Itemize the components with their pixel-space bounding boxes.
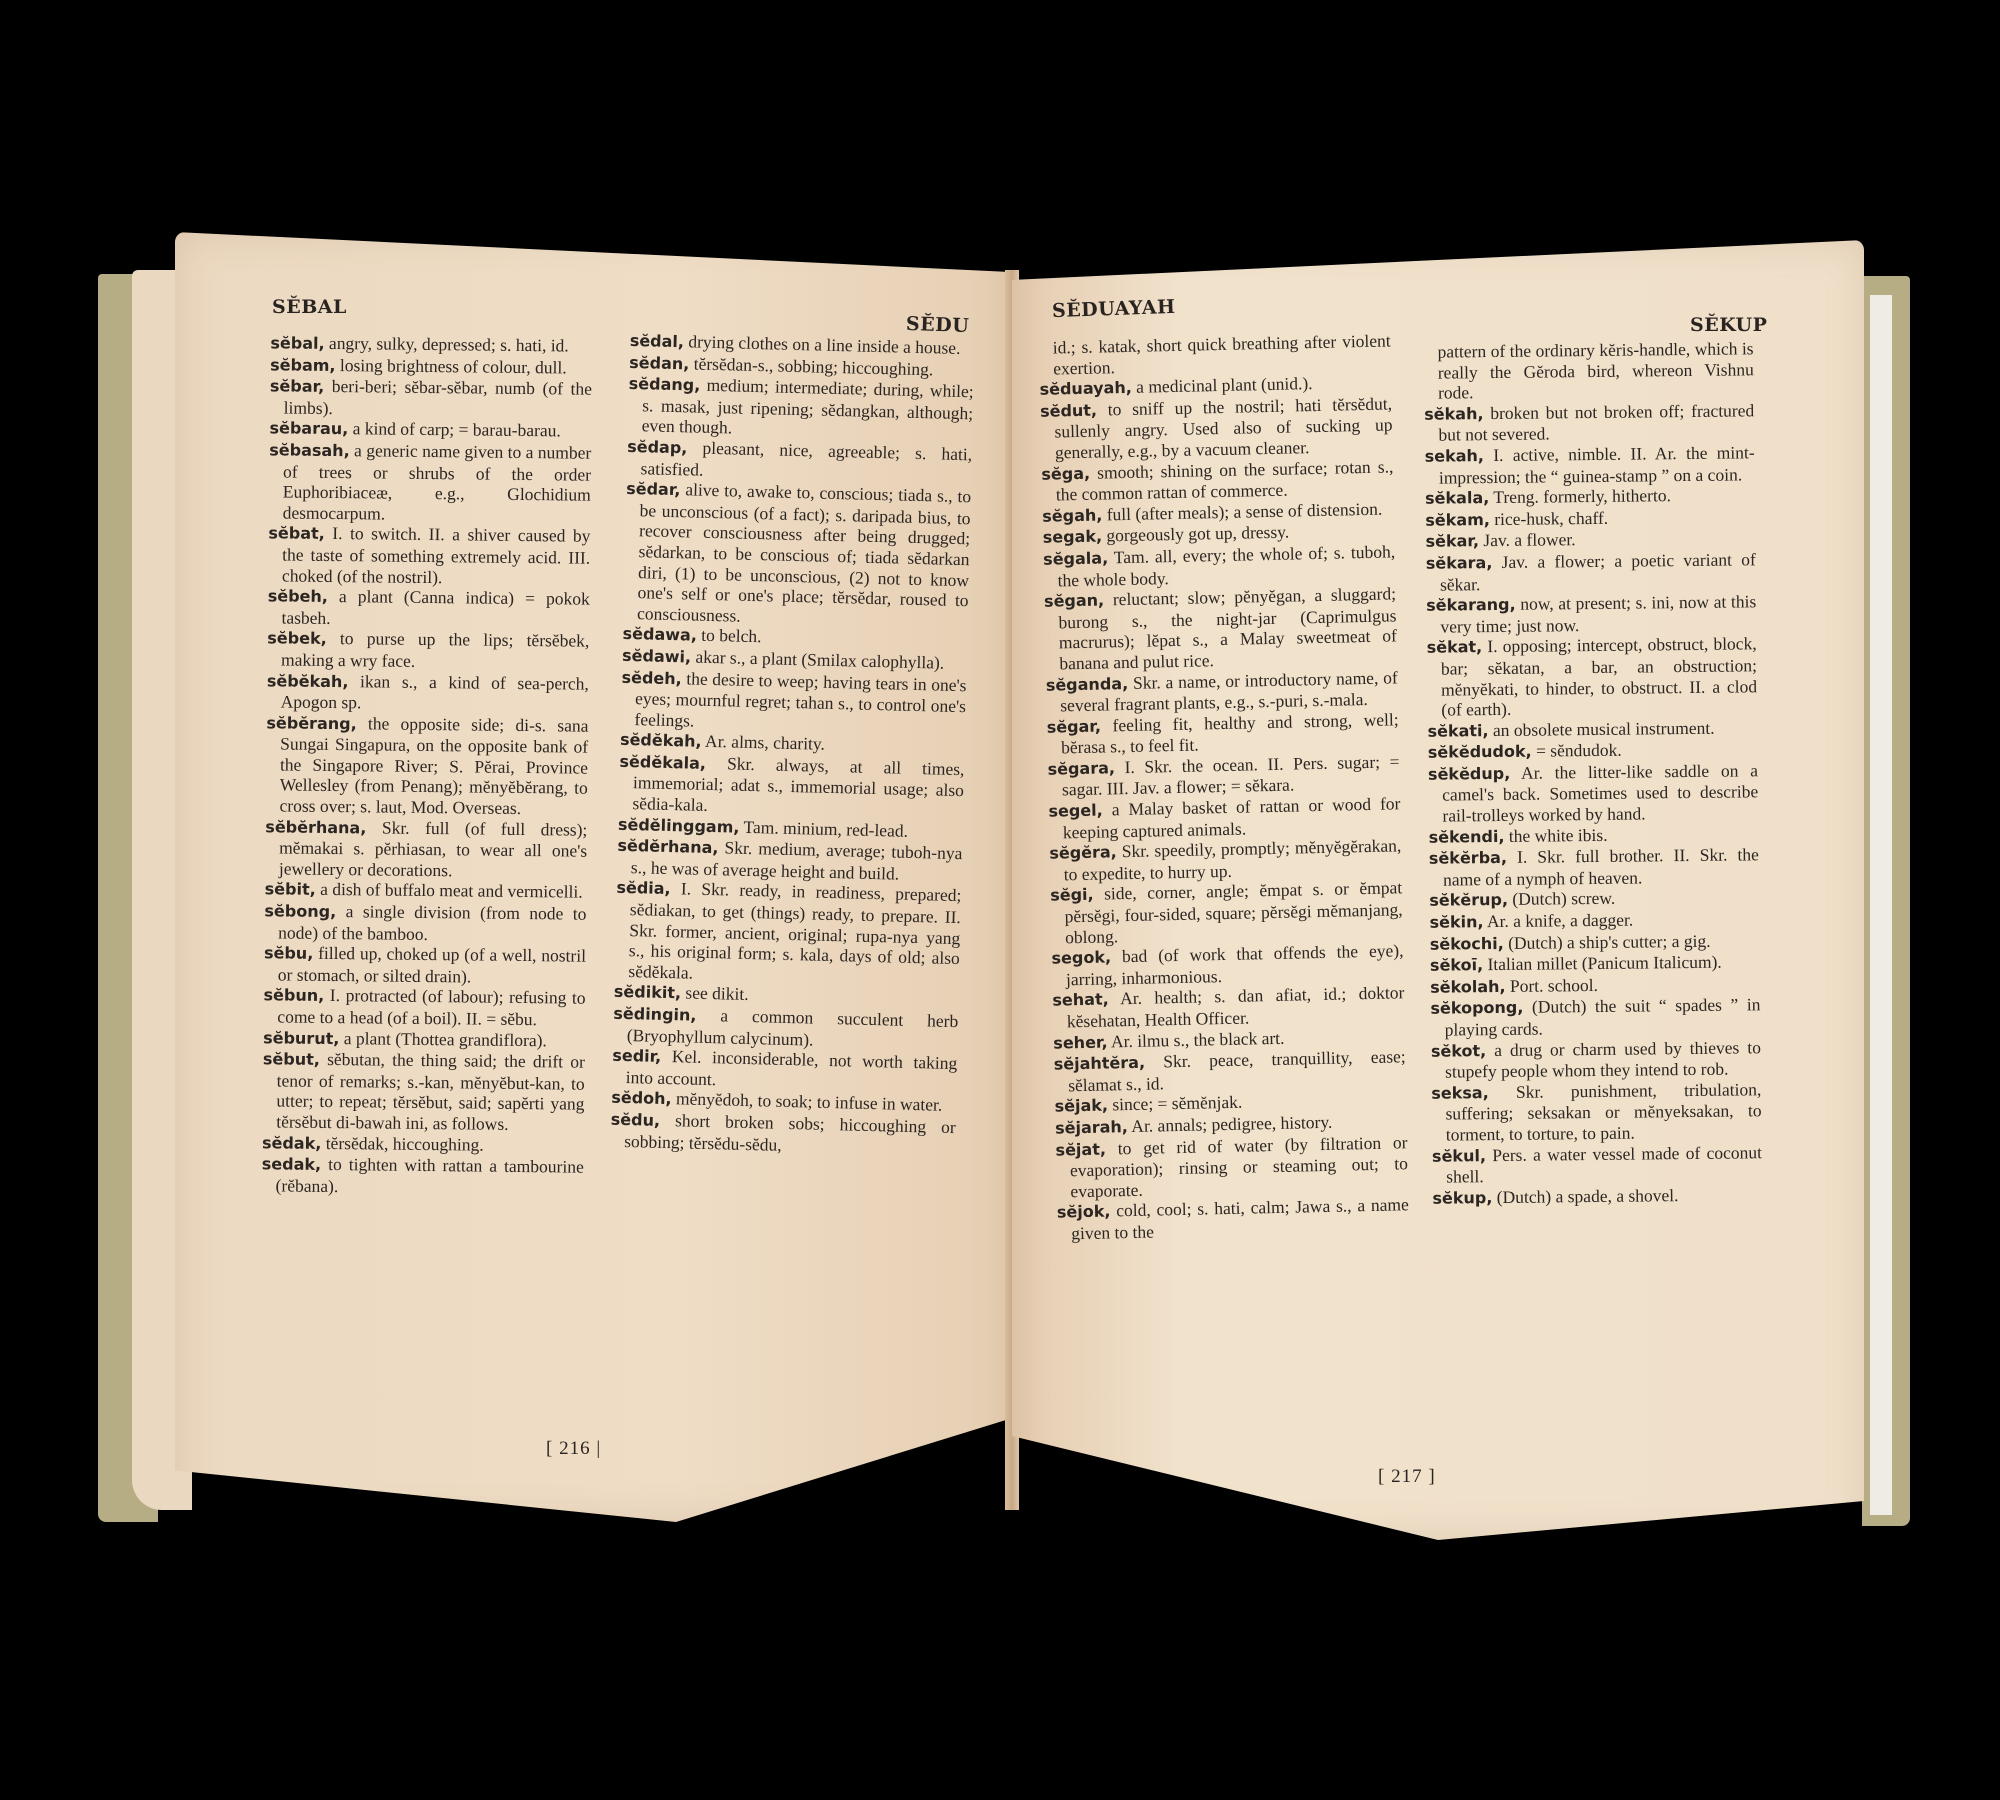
dictionary-entry: sĕbu, filled up, choked up (of a well, n… <box>264 943 586 989</box>
entry-headword: sĕkĕrba, <box>1429 848 1507 868</box>
running-head-left-page-last: SĔDU <box>906 313 970 337</box>
entry-definition: Treng. formerly, hitherto. <box>1493 485 1671 507</box>
entry-definition: a kind of carp; = barau-barau. <box>353 419 561 441</box>
entry-definition: I. opposing; intercept, obstruct, block,… <box>1441 634 1757 720</box>
entry-headword: sĕdĕkah, <box>620 730 702 751</box>
dictionary-entry: sĕdut, to sniff up the nostril; hati tĕr… <box>1040 393 1393 463</box>
entry-definition: Kel. inconsiderable, not worth taking in… <box>626 1046 958 1089</box>
dictionary-entry: sĕdia, I. Skr. ready, in readiness, prep… <box>614 877 961 989</box>
dictionary-entry: sĕbong, a single division (from node to … <box>264 900 586 946</box>
entry-definition: gorgeously got up, dressy. <box>1106 522 1289 546</box>
left-page-column-1: sĕbal, angry, sulky, depressed; s. hati,… <box>261 332 592 1199</box>
entry-definition: reluctant; slow; pĕnyĕgan, a sluggard; b… <box>1058 583 1397 673</box>
dictionary-entry: sĕbal, angry, sulky, depressed; s. hati,… <box>270 332 592 357</box>
entry-definition: to sniff up the nostril; hati tĕrsĕdut, … <box>1054 393 1392 462</box>
dictionary-entry: sĕkot, a drug or charm used by thieves t… <box>1431 1037 1761 1083</box>
entry-definition: smooth; shining on the surface; rotan s.… <box>1056 456 1394 505</box>
dictionary-entry: sĕbut, sĕbutan, the thing said; the drif… <box>262 1048 585 1135</box>
entry-definition: filled up, choked up (of a well, nostril… <box>278 943 586 986</box>
dictionary-entry: sĕjok, cold, cool; s. hati, calm; Jawa s… <box>1057 1195 1410 1245</box>
entry-headword: sĕkara, <box>1426 553 1493 573</box>
entry-definition: (Dutch) a spade, a shovel. <box>1497 1185 1679 1207</box>
entry-headword: sĕkah, <box>1424 404 1483 424</box>
entry-headword: sĕgar, <box>1046 716 1101 736</box>
entry-headword: sĕkup, <box>1432 1188 1492 1208</box>
dictionary-entry: sĕdĕkala, Skr. always, at all times, imm… <box>618 751 964 822</box>
entry-definition: (Dutch) a ship's cutter; a gig. <box>1508 930 1711 952</box>
entry-definition: feeling fit, healthy and strong, well; b… <box>1061 709 1399 758</box>
dictionary-entry: sĕdar, alive to, awake to, conscious; ti… <box>623 478 971 632</box>
entry-definition: Tam. minium, red-lead. <box>743 816 908 840</box>
entry-definition: sĕbutan, the thing said; the drift or te… <box>276 1049 585 1134</box>
dictionary-entry: sĕgĕra, Skr. speedily, promptly; mĕnyĕgĕ… <box>1049 836 1402 886</box>
dictionary-entry: sĕbeh, a plant (Canna indica) = pokok ta… <box>267 585 589 631</box>
right-page-column-2: pattern of the ordinary kĕris-handle, wh… <box>1423 338 1762 1209</box>
entry-headword: sĕkoī, <box>1430 955 1483 975</box>
dictionary-entry: sĕgara, I. Skr. the ocean. II. Pers. sug… <box>1047 751 1400 801</box>
entry-definition: to purse up the lips; tĕrsĕbek, making a… <box>281 628 589 670</box>
entry-headword: sĕgi, <box>1050 885 1094 905</box>
entry-definition: to belch. <box>701 625 762 646</box>
entry-definition: Ar. alms, charity. <box>705 731 825 754</box>
right-page-column-1: id.; s. katak, short quick breathing aft… <box>1039 330 1410 1244</box>
entry-headword: sĕdang, <box>629 374 701 395</box>
entry-definition: Ar. health; s. dan afiat, id.; doktor kĕ… <box>1067 983 1405 1032</box>
dictionary-entry: sĕjahtĕra, Skr. peace, tranquillity, eas… <box>1054 1046 1407 1096</box>
entry-headword: seksa, <box>1431 1083 1489 1103</box>
entry-definition: Jav. a flower. <box>1483 530 1575 551</box>
entry-headword: sĕkochi, <box>1430 934 1504 954</box>
running-head-right-page-last: SĔKUP <box>1690 314 1767 336</box>
dictionary-entry: id.; s. katak, short quick breathing aft… <box>1039 330 1392 379</box>
entry-headword: sĕbat, <box>268 524 325 544</box>
entry-headword: sedak, <box>262 1154 322 1174</box>
entry-definition: side, corner, angle; ĕmpat s. or ĕmpat p… <box>1064 878 1402 947</box>
entry-definition: Ar. a knife, a dagger. <box>1487 910 1633 932</box>
entry-headword: sĕbeh, <box>268 586 328 606</box>
entry-headword: sĕbarau, <box>269 419 348 439</box>
entry-definition: pleasant, nice, agreeable; s. hati, sati… <box>640 438 972 480</box>
entry-definition: bad (of work that offends the eye), jarr… <box>1066 940 1404 989</box>
entry-definition: a Malay basket of rattan or wood for kee… <box>1063 793 1401 842</box>
entry-headword: segak, <box>1043 527 1103 547</box>
entry-headword: sĕbun, <box>263 986 324 1006</box>
entry-headword: sĕbek, <box>267 629 327 649</box>
entry-definition: Ar. ilmu s., the black art. <box>1111 1027 1285 1051</box>
dictionary-entry: sĕgan, reluctant; slow; pĕnyĕgan, a slug… <box>1044 583 1398 674</box>
entry-headword: sĕkot, <box>1431 1041 1487 1061</box>
entry-definition: an obsolete musical instrument. <box>1493 717 1715 739</box>
dictionary-entry: sĕbĕkah, ikan s., a kind of sea-perch, A… <box>267 670 589 716</box>
entry-headword: sĕbĕkah, <box>267 671 349 691</box>
entry-headword: sĕkĕrup, <box>1429 890 1508 910</box>
dictionary-entry: sehat, Ar. health; s. dan afiat, id.; do… <box>1052 983 1405 1033</box>
entry-headword: sĕkul, <box>1432 1146 1486 1166</box>
entry-headword: sĕgah, <box>1042 505 1102 525</box>
entry-headword: sekah, <box>1425 446 1484 466</box>
entry-headword: sĕdĕkala, <box>619 752 706 773</box>
entry-headword: sĕburut, <box>263 1028 339 1048</box>
entry-headword: sĕgala, <box>1043 548 1108 568</box>
dictionary-entry: sĕgi, side, corner, angle; ĕmpat s. or ĕ… <box>1050 878 1403 948</box>
page-number-216: [ 216 | <box>546 1438 601 1460</box>
entry-definition: the white ibis. <box>1509 825 1608 846</box>
entry-definition: since; = sĕmĕnjak. <box>1112 1092 1242 1115</box>
entry-definition: Tam. all, every; the whole of; s. tuboh,… <box>1057 541 1395 590</box>
entry-headword: sĕganda, <box>1046 673 1129 694</box>
running-head-right-page-first: SĔDUAYAH <box>1052 296 1176 322</box>
entry-definition: a plant (Canna indica) = pokok tasbeh. <box>281 586 589 628</box>
dictionary-entry: sĕdang, medium; intermediate; during, wh… <box>627 373 973 444</box>
dictionary-entry: sĕkup, (Dutch) a spade, a shovel. <box>1432 1184 1762 1209</box>
dictionary-entry: sĕganda, Skr. a name, or introductory na… <box>1046 667 1399 717</box>
dictionary-entry: sĕbasah, a generic name given to a numbe… <box>269 439 592 526</box>
entry-definition: a dish of buffalo meat and vermicelli. <box>320 879 583 902</box>
entry-definition: pattern of the ordinary kĕris-handle, wh… <box>1437 338 1753 402</box>
entry-definition: the desire to weep; having tears in one'… <box>634 668 966 730</box>
entry-definition: (Dutch) screw. <box>1512 888 1615 909</box>
entry-definition: a medicinal plant (unid.). <box>1136 373 1313 397</box>
entry-definition: I. active, nimble. II. Ar. the mint-impr… <box>1439 442 1755 487</box>
dictionary-entry: sĕbun, I. protracted (of labour); refusi… <box>263 985 585 1031</box>
entry-headword: sĕkati, <box>1427 721 1488 741</box>
entry-headword: sĕjarah, <box>1055 1117 1128 1138</box>
entry-headword: sĕbong, <box>264 901 336 921</box>
entry-definition: Port. school. <box>1510 975 1598 996</box>
entry-headword: sĕdu, <box>611 1110 661 1130</box>
entry-headword: sĕgan, <box>1044 591 1104 611</box>
dictionary-entry: sĕga, smooth; shining on the surface; ro… <box>1041 456 1394 506</box>
entry-headword: sĕjahtĕra, <box>1054 1053 1146 1074</box>
entry-headword: sĕgara, <box>1047 758 1115 778</box>
entry-headword: sĕkĕdudok, <box>1428 742 1532 762</box>
entry-headword: sĕdia, <box>616 878 671 898</box>
entry-headword: sĕkat, <box>1427 637 1483 657</box>
entry-headword: sĕbam, <box>270 355 336 375</box>
entry-definition: I. Skr. ready, in readiness, prepared; s… <box>628 879 961 983</box>
dictionary-entry: sĕkat, I. opposing; intercept, obstruct,… <box>1427 634 1758 721</box>
entry-headword: sĕdeh, <box>621 667 682 687</box>
dictionary-entry: sĕgala, Tam. all, every; the whole of; s… <box>1043 541 1396 591</box>
entry-definition: a drug or charm used by thieves to stupe… <box>1445 1037 1761 1082</box>
entry-headword: sĕkala, <box>1425 488 1489 508</box>
entry-headword: segel, <box>1048 801 1103 821</box>
entry-headword: sĕkĕdup, <box>1428 764 1510 784</box>
entry-definition: rice-husk, chaff. <box>1494 508 1608 529</box>
entry-headword: sĕkin, <box>1429 912 1483 932</box>
entry-headword: seher, <box>1053 1032 1108 1052</box>
entry-headword: sĕdĕlinggam, <box>618 814 740 836</box>
entry-definition: Skr. punishment, tribulation, suffering;… <box>1445 1079 1761 1144</box>
entry-headword: sĕdikit, <box>614 982 682 1003</box>
entry-definition: losing brightness of colour, dull. <box>340 355 567 377</box>
dictionary-entry: sĕbĕrhana, Skr. full (of full dress); mĕ… <box>265 816 588 882</box>
dictionary-entry: segok, bad (of work that offends the eye… <box>1051 940 1404 990</box>
dictionary-entry: sĕbek, to purse up the lips; tĕrsĕbek, m… <box>267 628 589 674</box>
dictionary-entry: sĕkati, an obsolete musical instrument. <box>1427 717 1757 742</box>
entry-definition: angry, sulky, depressed; s. hati, id. <box>329 333 569 356</box>
dictionary-entry: sĕdu, short broken sobs; hiccoughing or … <box>610 1109 956 1160</box>
dictionary-entry: sĕkĕdup, Ar. the litter-like saddle on a… <box>1428 760 1759 826</box>
entry-headword: sĕjat, <box>1055 1139 1106 1159</box>
entry-definition: id.; s. katak, short quick breathing aft… <box>1053 330 1391 378</box>
entry-headword: segok, <box>1051 948 1111 968</box>
dictionary-entry: pattern of the ordinary kĕris-handle, wh… <box>1423 338 1754 403</box>
entry-headword: sĕdal, <box>630 331 685 351</box>
entry-headword: sĕbar, <box>270 377 324 397</box>
entry-definition: alive to, awake to, conscious; tiada s.,… <box>637 479 971 625</box>
running-head-left-page-first: SĔBAL <box>272 296 347 318</box>
page-number-217: [ 217 ] <box>1378 1466 1436 1488</box>
entry-headword: sĕjok, <box>1057 1202 1111 1222</box>
entry-headword: sĕkam, <box>1425 510 1490 530</box>
entry-definition: to get rid of water (by filtration or ev… <box>1070 1132 1408 1201</box>
entry-headword: sĕduayah, <box>1039 378 1132 399</box>
entry-headword: sĕdawi, <box>622 646 691 667</box>
entry-definition: beri-beri; sĕbar-sĕbar, numb (of the lim… <box>284 376 592 418</box>
dictionary-entry: sĕkara, Jav. a flower; a poetic variant … <box>1426 549 1756 595</box>
entry-headword: sĕbal, <box>270 333 324 353</box>
entry-headword: sĕdĕrhana, <box>617 836 718 857</box>
dictionary-entry: sĕbat, I. to switch. II. a shiver caused… <box>268 523 591 589</box>
entry-headword: sĕdingin, <box>613 1004 697 1025</box>
dictionary-entry: seksa, Skr. punishment, tribulation, suf… <box>1431 1079 1762 1145</box>
entry-headword: sĕbu, <box>264 944 313 964</box>
dictionary-entry: sekah, I. active, nimble. II. Ar. the mi… <box>1425 442 1755 488</box>
entry-headword: sĕkarang, <box>1426 595 1516 615</box>
entry-definition: I. to switch. II. a shiver caused by the… <box>282 523 591 586</box>
entry-definition: broken but not broken off; fractured but… <box>1438 400 1754 445</box>
left-page-column-2: sĕdal, drying clothes on a line inside a… <box>610 330 975 1159</box>
entry-headword: sedir, <box>612 1046 661 1066</box>
entry-definition: a plant (Thottea grandiflora). <box>344 1028 547 1050</box>
page-block-edge-right <box>1870 295 1892 1515</box>
entry-headword: sĕdawa, <box>622 624 697 645</box>
dictionary-entry: sĕkoī, Italian millet (Panicum Italicum)… <box>1430 951 1760 976</box>
entry-headword: sĕkopong, <box>1430 998 1523 1018</box>
dictionary-entry: sĕgar, feeling fit, healthy and strong, … <box>1046 709 1399 759</box>
dictionary-entry: segel, a Malay basket of rattan or wood … <box>1048 793 1401 843</box>
dictionary-entry: sĕkĕrba, I. Skr. full brother. II. Skr. … <box>1429 845 1759 891</box>
entry-definition: tĕrsĕdak, hiccoughing. <box>326 1133 484 1155</box>
entry-definition: to tighten with rattan a tambourine (rĕb… <box>275 1154 583 1196</box>
entry-definition: Italian millet (Panicum Italicum). <box>1487 952 1721 974</box>
dictionary-entry: sĕkul, Pers. a water vessel made of coco… <box>1432 1142 1762 1188</box>
entry-headword: sĕkar, <box>1425 532 1479 552</box>
entry-definition: see dikit. <box>685 983 749 1005</box>
dictionary-entry: sĕbar, beri-beri; sĕbar-sĕbar, numb (of … <box>270 376 592 422</box>
entry-headword: sĕgĕra, <box>1049 843 1117 863</box>
entry-headword: sĕbit, <box>265 880 316 900</box>
dictionary-entry: sĕdeh, the desire to weep; having tears … <box>620 666 966 737</box>
entry-headword: sehat, <box>1052 990 1109 1010</box>
entry-headword: sĕbut, <box>263 1049 320 1069</box>
dictionary-entry: sĕkah, broken but not broken off; fractu… <box>1424 400 1754 446</box>
entry-headword: sĕjak, <box>1054 1096 1108 1116</box>
dictionary-entry: sĕbĕrang, the opposite side; di-s. sana … <box>265 712 588 819</box>
entry-definition: cold, cool; s. hati, calm; Jawa s., a na… <box>1071 1195 1409 1244</box>
entry-headword: sĕbasah, <box>269 440 350 460</box>
entry-headword: sĕdar, <box>626 479 681 499</box>
entry-headword: sĕbĕrang, <box>266 713 356 733</box>
entry-headword: sĕkendi, <box>1429 827 1505 847</box>
dictionary-entry: sĕjat, to get rid of water (by filtratio… <box>1055 1132 1408 1202</box>
dictionary-entry: sĕkopong, (Dutch) the suit “ spades ” in… <box>1430 995 1760 1041</box>
entry-headword: sĕkolah, <box>1430 977 1506 997</box>
dictionary-entry: sĕkarang, now, at present; s. ini, now a… <box>1426 591 1756 637</box>
entry-definition: Ar. annals; pedigree, history. <box>1131 1112 1332 1136</box>
entry-definition: Pers. a water vessel made of coconut she… <box>1446 1142 1762 1187</box>
entry-headword: sĕdak, <box>262 1133 322 1153</box>
entry-headword: sĕga, <box>1041 463 1090 483</box>
entry-headword: sĕdap, <box>627 437 688 457</box>
entry-headword: sĕdut, <box>1040 400 1097 420</box>
entry-definition: short broken sobs; hiccoughing or sobbin… <box>624 1110 956 1154</box>
entry-headword: sĕbĕrhana, <box>265 817 366 837</box>
entry-headword: sĕdoh, <box>611 1088 672 1108</box>
dictionary-entry: sedak, to tighten with rattan a tambouri… <box>261 1153 583 1199</box>
entry-definition: = sĕndudok. <box>1536 740 1622 761</box>
entry-headword: sĕdan, <box>629 352 690 372</box>
